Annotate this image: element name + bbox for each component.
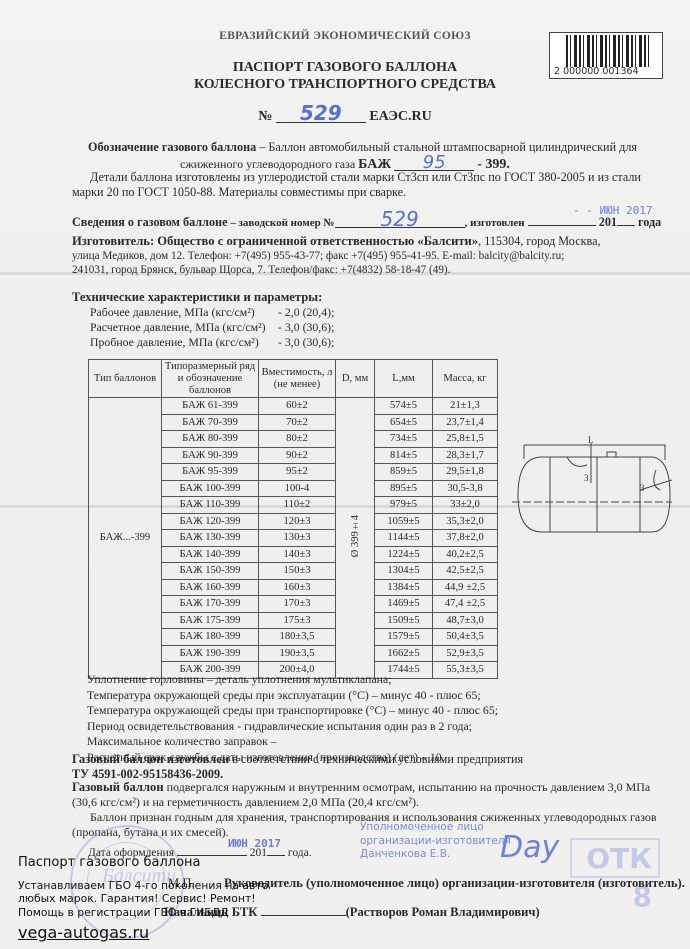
cell-capacity: 120±3 — [259, 513, 336, 530]
overlay-line1: Устанавливаем ГБО 4-го поколения на авто — [18, 879, 268, 892]
cell-length: 814±5 — [375, 447, 433, 464]
made-field — [528, 225, 596, 226]
cell-mass: 35,3±2,0 — [433, 513, 498, 530]
cell-length: 1509±5 — [375, 612, 433, 629]
overlay-line2: любых марок. Гарантия! Сервис! Ремонт! — [18, 892, 268, 905]
passport-number-value: 529 — [276, 104, 366, 123]
site-link[interactable]: vega-autogas.ru — [18, 923, 149, 942]
barcode-digits: 2 000000 001364 — [554, 66, 639, 77]
cell-mass: 29,5±1,8 — [433, 464, 498, 481]
drawing-label-length: L — [588, 435, 594, 445]
cell-capacity: 130±3 — [259, 530, 336, 547]
cell-series: БАЖ 120-399 — [162, 513, 259, 530]
manufacturer: Изготовитель: Общество с ограниченной от… — [72, 234, 672, 278]
serial-number: 529 — [335, 211, 465, 228]
cell-length: 1304±5 — [375, 563, 433, 580]
tech-label: Расчетное давление, МПа (кгс/см²) — [90, 320, 278, 335]
note-seal: Уплотнение горловины – деталь уплотнения… — [87, 672, 498, 688]
issue-year-field — [267, 855, 285, 856]
header-type: Тип баллонов — [89, 360, 162, 398]
cell-series: БАЖ 95-399 — [162, 464, 259, 481]
cell-mass: 50,4±3,5 — [433, 629, 498, 646]
tech-row-design-pressure: Расчетное давление, МПа (кгс/см²)- 3,0 (… — [90, 320, 334, 335]
cell-capacity: 160±3 — [259, 579, 336, 596]
manufacture-date-stamp: - - ИЮН 2017 — [573, 204, 652, 217]
cell-capacity: 170±3 — [259, 596, 336, 613]
cell-length: 1144±5 — [375, 530, 433, 547]
designation-text: – Баллон автомобильный стальной штампосв… — [256, 140, 637, 154]
cell-series: БАЖ 110-399 — [162, 497, 259, 514]
btk-name: (Растворов Роман Владимирович) — [346, 905, 540, 919]
model-value: 95 — [394, 156, 474, 171]
cell-series: БАЖ 150-399 — [162, 563, 259, 580]
passport-number: № 529 ЕАЭС.RU — [0, 104, 690, 125]
drawing-label-3a: 3 — [584, 473, 589, 483]
cell-series: БАЖ 70-399 — [162, 414, 259, 431]
cell-capacity: 95±2 — [259, 464, 336, 481]
header-capacity: Вместимость, л (не менее) — [259, 360, 336, 398]
overlay-promo: Устанавливаем ГБО 4-го поколения на авто… — [18, 879, 268, 905]
cell-length: 1059±5 — [375, 513, 433, 530]
made-label: , изготовлен — [465, 217, 525, 229]
cell-length: 734±5 — [375, 431, 433, 448]
cell-length: 895±5 — [375, 480, 433, 497]
cell-mass: 33±2,0 — [433, 497, 498, 514]
tech-value: - 2,0 (20,4); — [278, 305, 334, 319]
head-signature-line: Руководитель (уполномоченное лицо) орган… — [224, 876, 685, 891]
tech-value: - 3,0 (30,6); — [278, 320, 334, 334]
otk-stamp: ОТК 8 — [570, 838, 660, 878]
barcode: 2 000000 001364 — [549, 32, 663, 79]
cell-capacity: 80±2 — [259, 431, 336, 448]
number-sign: № — [258, 109, 272, 124]
cell-capacity: 90±2 — [259, 447, 336, 464]
cell-length: 654±5 — [375, 414, 433, 431]
manufacturer-address1: , 115304, город Москва, — [478, 234, 600, 248]
tech-row-test-pressure: Пробное давление, МПа (кгс/см²)- 3,0 (30… — [90, 335, 334, 350]
tech-label: Пробное давление, МПа (кгс/см²) — [90, 335, 278, 350]
diameter-value: Ø 399±4 — [350, 515, 361, 557]
passport-title-line2: КОЛЕСНОГО ТРАНСПОРТНОГО СРЕДСТВА — [0, 77, 690, 93]
issue-year-suffix: года. — [288, 847, 312, 859]
cylinder-drawing: L 3 3 — [512, 435, 672, 535]
cell-mass: 23,7±1,4 — [433, 414, 498, 431]
stamp-line: организации-изготовителя — [360, 835, 511, 849]
cell-series: БАЖ 175-399 — [162, 612, 259, 629]
cell-type: БАЖ...-399 — [89, 398, 162, 679]
cell-mass: 52,9±3,5 — [433, 645, 498, 662]
stamp-line: Данченкова Е.В. — [360, 848, 511, 862]
cell-capacity: 70±2 — [259, 414, 336, 431]
material-details: Детали баллона изготовлены из углеродист… — [72, 170, 662, 200]
tech-label: Рабочее давление, МПа (кгс/см²) — [90, 305, 278, 320]
header-length: L,мм — [375, 360, 433, 398]
cell-capacity: 60±2 — [259, 398, 336, 415]
cell-mass: 30,5-3,8 — [433, 480, 498, 497]
year-suffix: года — [638, 215, 661, 229]
passport-page: ЕВРАЗИЙСКИЙ ЭКОНОМИЧЕСКИЙ СОЮЗ ПАСПОРТ Г… — [0, 0, 690, 949]
authorized-person-stamp: Уполномоченное лицо организации-изготови… — [360, 821, 511, 862]
number-suffix: ЕАЭС.RU — [369, 109, 431, 124]
cell-mass: 40,2±2,5 — [433, 546, 498, 563]
cell-mass: 28,3±1,7 — [433, 447, 498, 464]
cell-series: БАЖ 160-399 — [162, 579, 259, 596]
cell-series: БАЖ 180-399 — [162, 629, 259, 646]
cell-series: БАЖ 190-399 — [162, 645, 259, 662]
cell-mass: 21±1,3 — [433, 398, 498, 415]
note-max-fills: Максимальное количество заправок – — [87, 734, 498, 750]
cell-length: 574±5 — [375, 398, 433, 415]
inspection-statement: Газовый баллон подвергался наружным и вн… — [72, 780, 672, 809]
cell-series: БАЖ 90-399 — [162, 447, 259, 464]
cell-capacity: 175±3 — [259, 612, 336, 629]
serial-label: – заводской номер № — [227, 217, 334, 229]
table-row: БАЖ...-399БАЖ 61-39960±2Ø 399±4574±521±1… — [89, 398, 498, 415]
manufacturer-label: Изготовитель: Общество с ограниченной от… — [72, 234, 478, 248]
cell-capacity: 150±3 — [259, 563, 336, 580]
cell-capacity: 110±2 — [259, 497, 336, 514]
cell-mass: 25,8±1,5 — [433, 431, 498, 448]
note-transport-temp: Температура окружающей среды при транспо… — [87, 703, 498, 719]
cell-length: 1579±5 — [375, 629, 433, 646]
cell-length: 1469±5 — [375, 596, 433, 613]
manufacturer-contacts: улица Медиков, дом 12. Телефон: +7(495) … — [72, 249, 672, 264]
cell-length: 859±5 — [375, 464, 433, 481]
inspection-label: Газовый баллон — [72, 780, 164, 794]
header-mass: Масса, кг — [433, 360, 498, 398]
header-series: Типоразмерный ряд и обозначение баллонов — [162, 360, 259, 398]
cell-series: БАЖ 61-399 — [162, 398, 259, 415]
cell-mass: 44,9 ±2,5 — [433, 579, 498, 596]
cell-length: 979±5 — [375, 497, 433, 514]
cell-series: БАЖ 170-399 — [162, 596, 259, 613]
cell-capacity: 140±3 — [259, 546, 336, 563]
cell-length: 1224±5 — [375, 546, 433, 563]
cell-capacity: 190±3,5 — [259, 645, 336, 662]
cell-mass: 37,8±2,0 — [433, 530, 498, 547]
cell-series: БАЖ 140-399 — [162, 546, 259, 563]
manufacturer-address2: 241031, город Брянск, бульвар Щорса, 7. … — [72, 263, 672, 278]
year-prefix: 201 — [599, 215, 617, 229]
note-inspection-period: Период освидетельствования - гидравличес… — [87, 719, 498, 735]
btk-signature-field — [261, 915, 346, 916]
cell-series: БАЖ 130-399 — [162, 530, 259, 547]
cell-mass: 48,7±3,0 — [433, 612, 498, 629]
cell-capacity: 100-4 — [259, 480, 336, 497]
designation-label: Обозначение газового баллона — [88, 140, 256, 154]
year-field — [617, 225, 635, 226]
signature: Dаy — [500, 830, 559, 865]
drawing-label-3b: 3 — [640, 483, 645, 493]
cell-length: 1662±5 — [375, 645, 433, 662]
issue-date-stamp: ИЮН 2017 — [228, 837, 281, 850]
cell-series: БАЖ 80-399 — [162, 431, 259, 448]
cell-diameter: Ø 399±4 — [336, 398, 375, 679]
cell-length: 1384±5 — [375, 579, 433, 596]
overlay-line3: Помощь в регистрации ГБО в ГИБДД — [18, 906, 229, 919]
stamp-line: Уполномоченное лицо — [360, 821, 511, 835]
barcode-bars — [566, 35, 650, 67]
tech-heading: Технические характеристики и параметры: — [72, 290, 322, 305]
tu-label: Газовый баллон изготовлен — [72, 752, 229, 766]
cell-series: БАЖ 100-399 — [162, 480, 259, 497]
note-operating-temp: Температура окружающей среды при эксплуа… — [87, 688, 498, 704]
header-diameter: D, мм — [336, 360, 375, 398]
tech-conditions: Газовый баллон изготовлен в соответствии… — [72, 752, 672, 782]
overlay-title: Паспорт газового баллона — [18, 855, 201, 870]
cylinder-specs-table: Тип баллонов Типоразмерный ряд и обознач… — [88, 359, 498, 679]
tech-row-working-pressure: Рабочее давление, МПа (кгс/см²)- 2,0 (20… — [90, 305, 334, 320]
designation: Обозначение газового баллона – Баллон ав… — [88, 140, 658, 155]
cell-mass: 42,5±2,5 — [433, 563, 498, 580]
designation-line2: сжиженного углеводородного газа — [180, 157, 358, 171]
tu-text: в соответствии с техническими условиями … — [229, 752, 523, 766]
table-header-row: Тип баллонов Типоразмерный ряд и обознач… — [89, 360, 498, 398]
cell-capacity: 180±3,5 — [259, 629, 336, 646]
info-label: Сведения о газовом баллоне — [72, 215, 227, 229]
cell-mass: 47,4 ±2,5 — [433, 596, 498, 613]
tech-value: - 3,0 (30,6); — [278, 335, 334, 349]
